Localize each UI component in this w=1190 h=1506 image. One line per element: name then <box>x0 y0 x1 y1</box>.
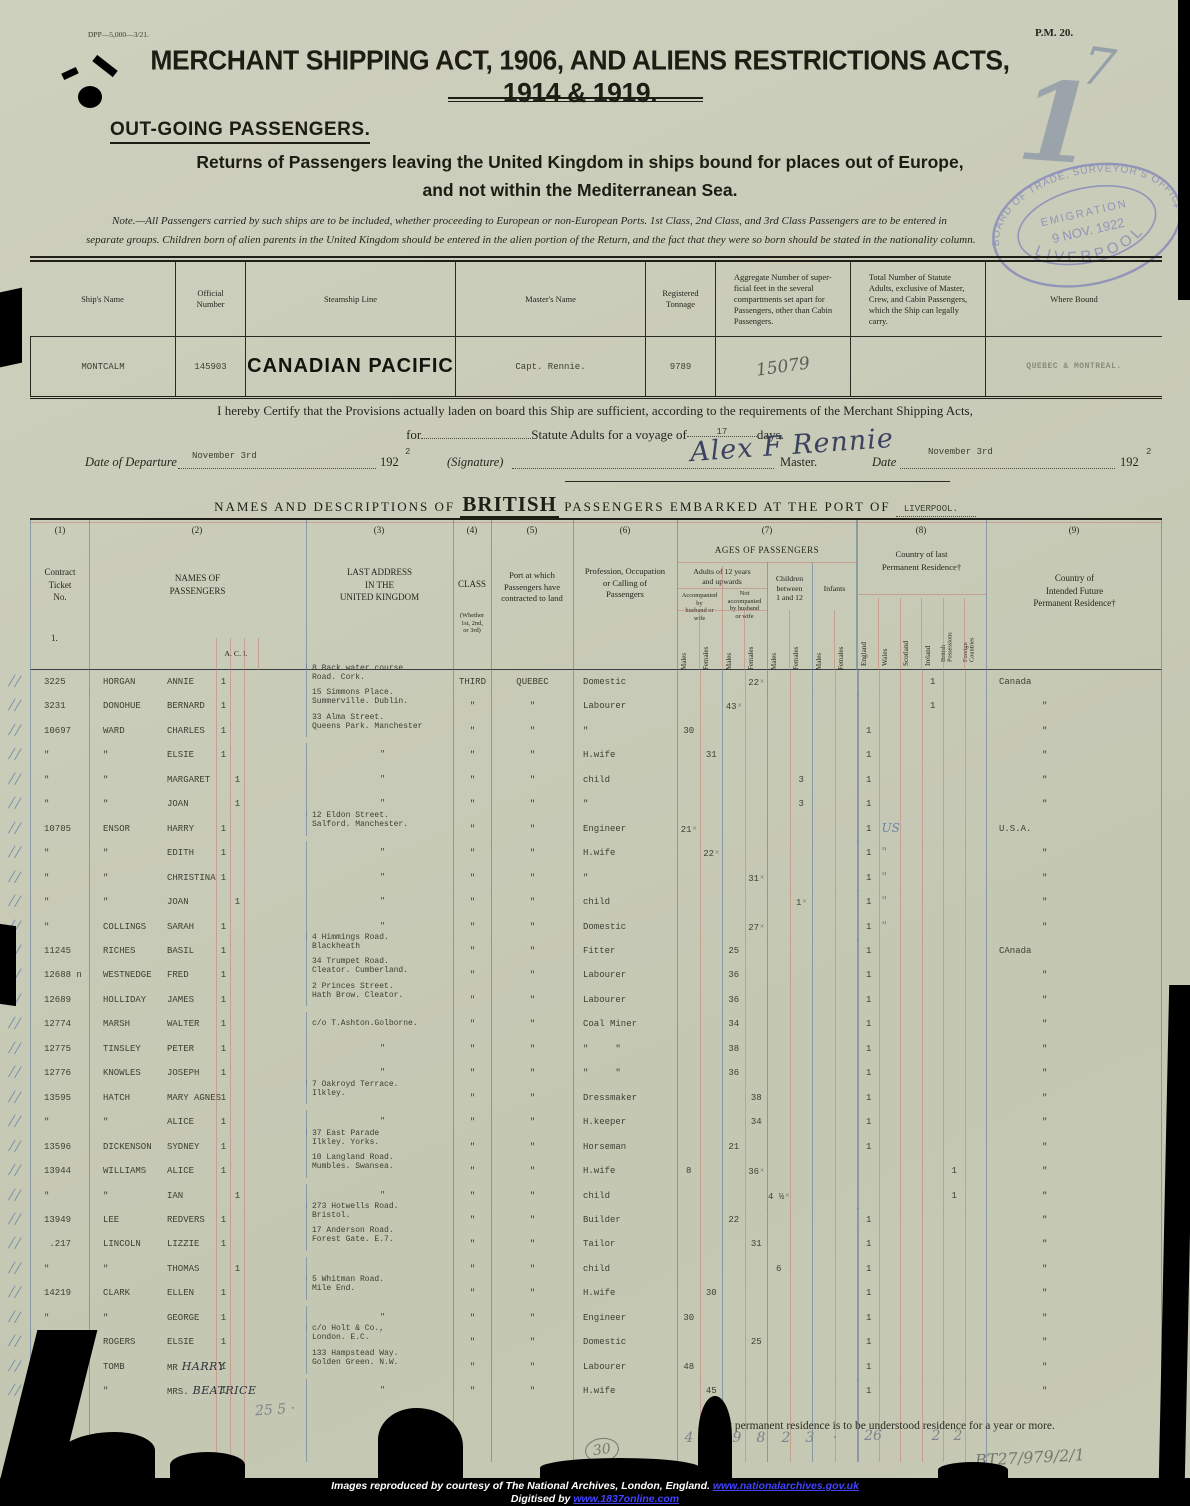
cell-country-2 <box>900 1110 922 1134</box>
cell-country-4 <box>943 1208 965 1232</box>
cell-country-0: 1 <box>857 1012 879 1036</box>
cell-age-2 <box>722 670 745 695</box>
cell-class: " <box>453 1257 491 1281</box>
cell-country-2 <box>900 1232 922 1256</box>
cell-last-address: 37 East Parade Ilkley. Yorks. <box>306 1129 453 1153</box>
cell-age-5 <box>790 963 813 987</box>
passenger-table: (1) (2) (3) (4) (5) (6) (7) (8) (9) Cont… <box>30 518 1162 1462</box>
cell-child-mark: 1 <box>230 792 244 816</box>
cell-surname: " <box>89 792 167 816</box>
cell-country-0: 1 <box>857 1135 879 1159</box>
tear-bottom-5 <box>698 1396 732 1478</box>
cell-adult-mark: 1 <box>216 841 230 866</box>
col-num-8: (8) <box>901 525 941 535</box>
cell-port: " <box>491 1232 573 1256</box>
cell-child-mark <box>230 915 244 940</box>
cell-country-4 <box>943 866 965 891</box>
cell-adult-mark <box>216 1257 230 1281</box>
cell-age-5 <box>790 988 813 1012</box>
cell-age-3 <box>745 694 768 719</box>
cell-adult-mark: 1 <box>216 963 230 987</box>
cell-age-4 <box>767 1086 790 1110</box>
age-total-6: · <box>824 1430 846 1446</box>
handwritten-country-note: US <box>882 817 900 839</box>
cell-country-3 <box>922 1135 944 1159</box>
cell-age-7 <box>835 1159 858 1184</box>
cell-port: " <box>491 841 573 866</box>
cell-occupation: H.wife <box>573 1281 677 1305</box>
cell-age-5 <box>790 670 813 695</box>
cell-age-5 <box>790 1257 813 1281</box>
cell-country-2 <box>900 768 922 792</box>
table-row: ∕∕3225HORGANANNIE18 Back water course Ro… <box>31 670 1161 694</box>
cell-contract-ticket: ∕∕ .217 <box>31 1232 89 1256</box>
cell-adult-mark: 1 <box>216 694 230 719</box>
cell-age-5 <box>790 1306 813 1330</box>
cell-intended-residence: " <box>986 890 1163 915</box>
cell-age-2: 21 <box>722 1135 745 1159</box>
cell-filler <box>258 1208 306 1232</box>
cell-age-5 <box>790 1232 813 1256</box>
cell-infant-mark <box>244 963 258 987</box>
cell-class: " <box>453 719 491 743</box>
col-num-5: (5) <box>512 525 552 535</box>
cell-age-2 <box>722 1257 745 1281</box>
cell-occupation: Domestic <box>573 1330 677 1354</box>
cell-age-6 <box>812 743 835 767</box>
cell-given-name: WALTER <box>167 1012 216 1036</box>
cell-infant-mark <box>244 1012 258 1036</box>
table-row: ∕∕""JOAN1""""31" <box>31 792 1161 816</box>
cell-age-2: 43✕ <box>722 694 745 719</box>
cell-child-mark <box>230 1306 244 1330</box>
cell-child-mark <box>230 719 244 743</box>
cell-country-1: " <box>879 841 901 866</box>
cell-port: " <box>491 1281 573 1305</box>
cell-last-address: 17 Anderson Road. Forest Gate. E.7. <box>306 1226 453 1250</box>
cell-age-6 <box>812 1037 835 1061</box>
cell-intended-residence: " <box>986 1086 1163 1110</box>
cell-given-name: REDVERS <box>167 1208 216 1232</box>
cell-adult-mark: 1 <box>216 1110 230 1134</box>
cell-age-7 <box>835 1281 858 1305</box>
cell-age-3 <box>745 939 768 963</box>
cell-country-5 <box>965 743 987 767</box>
cell-country-2 <box>900 890 922 915</box>
cell-filler <box>258 866 306 891</box>
cell-country-4 <box>943 1086 965 1110</box>
cell-age-3: 27✕ <box>745 915 768 940</box>
cell-infant-mark <box>244 1281 258 1305</box>
cell-age-6 <box>812 1208 835 1232</box>
cell-surname: DICKENSON <box>89 1135 167 1159</box>
header-females-3: Females <box>793 608 800 670</box>
cell-filler <box>258 963 306 987</box>
cell-filler <box>258 1086 306 1110</box>
1837online-link[interactable]: www.1837online.com <box>573 1493 679 1505</box>
cell-age-2 <box>722 768 745 792</box>
cell-country-4 <box>943 1012 965 1036</box>
cell-class: " <box>453 890 491 915</box>
cell-country-4 <box>943 915 965 940</box>
cell-country-5 <box>965 1135 987 1159</box>
table-row: ∕∕14219CLARKELLEN15 Whitman Road. Mile E… <box>31 1281 1161 1305</box>
cell-country-1 <box>879 1281 901 1305</box>
cell-age-5 <box>790 1379 813 1404</box>
cell-infant-mark <box>244 939 258 963</box>
cell-filler <box>258 988 306 1012</box>
cell-filler <box>258 1135 306 1159</box>
table-row: ∕∕13944WILLIAMSALICE110 Langland Road. M… <box>31 1159 1161 1183</box>
cell-age-5 <box>790 1086 813 1110</box>
cell-country-2 <box>900 915 922 940</box>
cell-contract-ticket: ∕∕" <box>31 1257 89 1281</box>
cell-age-3: 31✕ <box>745 866 768 891</box>
cell-contract-ticket: ∕∕10705 <box>31 817 89 842</box>
steamship-line-value: CANADIAN PACIFIC <box>247 355 454 378</box>
cell-infant-mark <box>244 1037 258 1061</box>
ship-name-value: MONTCALM <box>30 336 175 396</box>
cell-country-2 <box>900 1404 922 1462</box>
cell-age-1 <box>700 1306 723 1330</box>
cell-country-0 <box>857 1184 879 1209</box>
cell-age-2 <box>722 1159 745 1184</box>
cell-country-3 <box>922 1379 944 1404</box>
cell-surname: RICHES <box>89 939 167 963</box>
cell-occupation: Tailor <box>573 1232 677 1256</box>
cell-age-3 <box>745 1184 768 1209</box>
cell-country-5 <box>965 1086 987 1110</box>
cell-filler <box>258 719 306 743</box>
cell-country-3 <box>922 1257 944 1281</box>
cell-intended-residence: " <box>986 719 1163 743</box>
table-row: ∕∕""ELSIE1"""H.wife311" <box>31 743 1161 767</box>
master-name-header: Master's Name <box>455 262 645 336</box>
age-total-0: 4 <box>678 1430 700 1446</box>
table-row: ∕∕14340TOMBMR HARRY1133 Hampstead Way. G… <box>31 1355 1161 1379</box>
cell-country-0: 1 <box>857 1379 879 1404</box>
date-label: Date <box>872 455 896 470</box>
cell-infant-mark <box>244 1159 258 1184</box>
cell-age-6 <box>812 841 835 866</box>
tear-bottom-4 <box>540 1458 700 1478</box>
tear-right <box>1159 985 1190 1480</box>
cell-country-3 <box>922 719 944 743</box>
cell-given-name: JAMES <box>167 988 216 1012</box>
cell-contract-ticket: ∕∕12775 <box>31 1037 89 1061</box>
cell-infant-mark <box>244 890 258 915</box>
cell-intended-residence: " <box>986 1110 1163 1134</box>
cell-age-2 <box>722 1355 745 1380</box>
national-archives-link[interactable]: www.nationalarchives.gov.uk <box>713 1480 859 1492</box>
cell-age-2 <box>722 817 745 842</box>
cell-contract-ticket: ∕∕13944 <box>31 1159 89 1184</box>
col-num-1: (1) <box>40 525 80 535</box>
cell-country-4 <box>943 719 965 743</box>
cell-port: " <box>491 1355 573 1380</box>
cell-given-name: BERNARD <box>167 694 216 719</box>
cell-port: " <box>491 963 573 987</box>
cell-country-0 <box>857 670 879 695</box>
age-total-5: 3 <box>799 1430 821 1446</box>
cell-age-1: 30 <box>700 1281 723 1305</box>
cell-age-2 <box>722 719 745 743</box>
embark-port-value: LIVERPOOL. <box>896 504 976 517</box>
cell-country-0: 1 <box>857 963 879 987</box>
cell-age-0 <box>677 1012 700 1036</box>
table-row: ∕∕""MRS. BEATRICE1"""H.wife451" <box>31 1379 1161 1403</box>
cell-intended-residence: " <box>986 1379 1163 1404</box>
cell-age-6 <box>812 670 835 695</box>
cell-filler <box>258 694 306 719</box>
cell-infant-mark <box>244 1061 258 1085</box>
cell-age-6 <box>812 1184 835 1209</box>
handwritten-country-note: " <box>882 890 888 912</box>
cell-age-3 <box>745 890 768 915</box>
cell-given-name: CHRISTINA <box>167 866 216 891</box>
cell-infant-mark <box>244 670 258 695</box>
cell-given-name: BASIL <box>167 939 216 963</box>
cell-age-4 <box>767 841 790 866</box>
cell-class: " <box>453 1306 491 1330</box>
cell-port: " <box>491 890 573 915</box>
cell-country-2 <box>900 963 922 987</box>
signature-underline <box>565 481 950 482</box>
cell-last-address: " <box>306 743 453 767</box>
cell-child-mark <box>230 743 244 767</box>
cell-age-6 <box>812 1232 835 1256</box>
cell-age-7 <box>835 1232 858 1256</box>
table-row: ∕∕12776KNOWLESJOSEPH1"""" "361" <box>31 1061 1161 1085</box>
cell-country-1 <box>879 792 901 816</box>
cell-age-5 <box>790 1281 813 1305</box>
cell-country-0: 1 <box>857 1037 879 1061</box>
cell-port: " <box>491 1306 573 1330</box>
cell-age-4 <box>767 963 790 987</box>
cell-age-2 <box>722 1232 745 1256</box>
cell-country-2 <box>900 841 922 866</box>
cell-country-4 <box>943 988 965 1012</box>
cell-contract-ticket: ∕∕" <box>31 841 89 866</box>
cell-last-address: 34 Trumpet Road. Cleator. Cumberland. <box>306 957 453 981</box>
cell-country-4 <box>943 1379 965 1404</box>
cell-age-4 <box>767 768 790 792</box>
note-line-1: Note.—All Passengers carried by such shi… <box>112 215 947 227</box>
cell-age-2 <box>722 1281 745 1305</box>
voyage-label: Statute Adults for a voyage of <box>531 427 687 442</box>
table-row: ∕∕""CHRISTINA1""""31✕1"" <box>31 866 1161 890</box>
cell-country-4 <box>943 694 965 719</box>
cell-age-3: 22✕ <box>745 670 768 695</box>
cell-contract-ticket: ∕∕3225 <box>31 670 89 695</box>
header-aci: A. C. I. <box>186 649 286 659</box>
cell-country-1 <box>879 1379 901 1404</box>
cell-country-5 <box>965 988 987 1012</box>
col-num-6: (6) <box>605 525 645 535</box>
cell-given-name: CHARLES <box>167 719 216 743</box>
table-row: ∕∕""JOAN1"""child1✕1"" <box>31 890 1161 914</box>
table-row: ∕∕12688 nWESTNEDGEFRED134 Trumpet Road. … <box>31 963 1161 987</box>
cell-age-4 <box>767 915 790 940</box>
cell-age-1 <box>700 1257 723 1281</box>
header-country-future: Country of Intended Future Permanent Res… <box>986 572 1163 610</box>
cell-intended-residence: " <box>986 768 1163 792</box>
cell-given-name: MARGARET <box>167 768 216 792</box>
cell-age-7 <box>835 743 858 767</box>
cell-filler <box>258 1012 306 1036</box>
table-row: ∕∕""MARGARET1"""child31" <box>31 768 1161 792</box>
cell-country-4: 1 <box>943 1159 965 1184</box>
cell-last-address: " <box>306 768 453 792</box>
cell-given-name: HARRY <box>167 817 216 842</box>
cell-class: " <box>453 768 491 792</box>
cell-filler <box>258 1257 306 1281</box>
cell-age-5 <box>790 1184 813 1209</box>
cell-intended-residence: " <box>986 866 1163 891</box>
cell-age-1 <box>700 768 723 792</box>
cell-class: " <box>453 841 491 866</box>
cell-adult-mark: 1 <box>216 1061 230 1085</box>
cell-country-5 <box>965 1208 987 1232</box>
document-title: MERCHANT SHIPPING ACT, 1906, AND ALIENS … <box>140 44 1020 109</box>
header-children: Children between 1 and 12 <box>767 574 812 603</box>
cell-age-3 <box>745 1379 768 1404</box>
cell-infant-mark <box>244 1184 258 1209</box>
cell-age-3 <box>745 1208 768 1232</box>
cell-filler <box>258 1330 306 1354</box>
cell-age-0 <box>677 792 700 816</box>
cell-age-4 <box>767 792 790 816</box>
cell-age-1 <box>700 1232 723 1256</box>
cell-last-address: 4 Himmings Road. Blackheath <box>306 933 453 957</box>
cell-age-5: 3 <box>790 792 813 816</box>
cell-country-3: 1 <box>922 670 944 695</box>
cell-age-7 <box>835 817 858 842</box>
cell-age-6 <box>812 792 835 816</box>
cell-age-0 <box>677 988 700 1012</box>
cell-age-3 <box>745 1037 768 1061</box>
cell-age-6 <box>812 719 835 743</box>
cell-country-3 <box>922 1159 944 1184</box>
cell-child-mark <box>230 1135 244 1159</box>
cell-port <box>491 1404 573 1462</box>
cell-intended-residence: " <box>986 1232 1163 1256</box>
cell-country-0: 1 <box>857 890 879 915</box>
pencil-mark: ✕ <box>760 678 764 686</box>
cell-adult-mark: 1 <box>216 915 230 940</box>
where-bound-header: Where Bound <box>985 262 1162 336</box>
cell-last-address: 133 Hampstead Way. Golden Green. N.W. <box>306 1349 453 1374</box>
cell-country-4 <box>943 1061 965 1085</box>
cell-intended-residence: " <box>986 1330 1163 1354</box>
cell-age-7 <box>835 841 858 866</box>
cell-occupation: Domestic <box>573 915 677 940</box>
cell-class: " <box>453 915 491 940</box>
cell-country-4 <box>943 1306 965 1330</box>
cell-age-4 <box>767 743 790 767</box>
cell-contract-ticket: ∕∕" <box>31 792 89 816</box>
pencil-mark: ✕ <box>802 898 806 906</box>
cell-occupation: Engineer <box>573 817 677 842</box>
cell-surname: COLLINGS <box>89 915 167 940</box>
cell-filler <box>258 1306 306 1330</box>
cell-country-3 <box>922 1037 944 1061</box>
cell-last-address: 15 Simmons Place. Summerville. Dublin. <box>306 688 453 713</box>
cell-age-7 <box>835 1355 858 1380</box>
cell-country-3 <box>922 1281 944 1305</box>
cell-class: " <box>453 792 491 816</box>
cell-age-3 <box>745 988 768 1012</box>
cell-country-1 <box>879 1208 901 1232</box>
cell-given-name: LIZZIE <box>167 1232 216 1256</box>
cell-country-5 <box>965 670 987 695</box>
cell-country-2 <box>900 1061 922 1085</box>
header-infants: Infants <box>812 584 857 594</box>
cell-age-1 <box>700 1110 723 1134</box>
table-row: ∕∕""IAN1"""child4 ½✕1" <box>31 1184 1161 1208</box>
subtitle-line-1: Returns of Passengers leaving the United… <box>90 152 1070 173</box>
cell-filler <box>258 1110 306 1134</box>
tear-left-1 <box>0 288 22 368</box>
pencil-mark: ✕ <box>738 702 742 710</box>
cell-age-7 <box>835 719 858 743</box>
cell-age-1 <box>700 670 723 695</box>
cell-given-name: ELLEN <box>167 1281 216 1305</box>
cell-age-1 <box>700 1086 723 1110</box>
steamship-line-header: Steamship Line <box>245 262 455 336</box>
cell-country-4 <box>943 1232 965 1256</box>
signature-label: (Signature) <box>447 455 503 470</box>
cell-country-2 <box>900 1330 922 1354</box>
cell-filler <box>258 768 306 792</box>
cell-child-mark <box>230 1086 244 1110</box>
cell-last-address: 10 Langland Road. Mumbles. Swansea. <box>306 1153 453 1178</box>
departure-value: November 3rd <box>192 451 257 461</box>
cell-age-4 <box>767 1281 790 1305</box>
handwritten-country-note: " <box>882 915 888 937</box>
cell-age-1 <box>700 792 723 816</box>
cell-adult-mark: 1 <box>216 670 230 695</box>
cell-age-3 <box>745 1281 768 1305</box>
embark-post: PASSENGERS EMBARKED AT THE PORT OF <box>564 499 890 514</box>
cell-age-0 <box>677 743 700 767</box>
cell-country-2 <box>900 1257 922 1281</box>
cell-filler <box>258 670 306 695</box>
tonnage-header: Registered Tonnage <box>645 262 715 336</box>
passenger-rows: ∕∕3225HORGANANNIE18 Back water course Ro… <box>30 670 1162 1462</box>
cell-age-4: 4 ½✕ <box>767 1184 790 1209</box>
tear-bottom-2 <box>170 1452 245 1478</box>
cell-child-mark <box>230 841 244 866</box>
cell-surname: TOMB <box>89 1355 167 1380</box>
cell-country-5 <box>965 817 987 842</box>
cell-country-0: 1 <box>857 1061 879 1085</box>
cell-child-mark: 1 <box>230 1257 244 1281</box>
cell-age-1: 31 <box>700 743 723 767</box>
footnote: † By permanent residence is to be unders… <box>710 1420 1055 1432</box>
cell-class: " <box>453 817 491 842</box>
cell-infant-mark <box>244 1232 258 1256</box>
cell-given-name: SYDNEY <box>167 1135 216 1159</box>
cell-age-2: 36 <box>722 1061 745 1085</box>
cell-country-3 <box>922 1208 944 1232</box>
cell-intended-residence: " <box>986 915 1163 940</box>
ink-mark-2 <box>61 67 78 80</box>
cell-age-3: 36✕ <box>745 1159 768 1184</box>
cell-surname: " <box>89 1184 167 1209</box>
master-name-value: Capt. Rennie. <box>455 336 645 396</box>
cell-contract-ticket: ∕∕" <box>31 890 89 915</box>
